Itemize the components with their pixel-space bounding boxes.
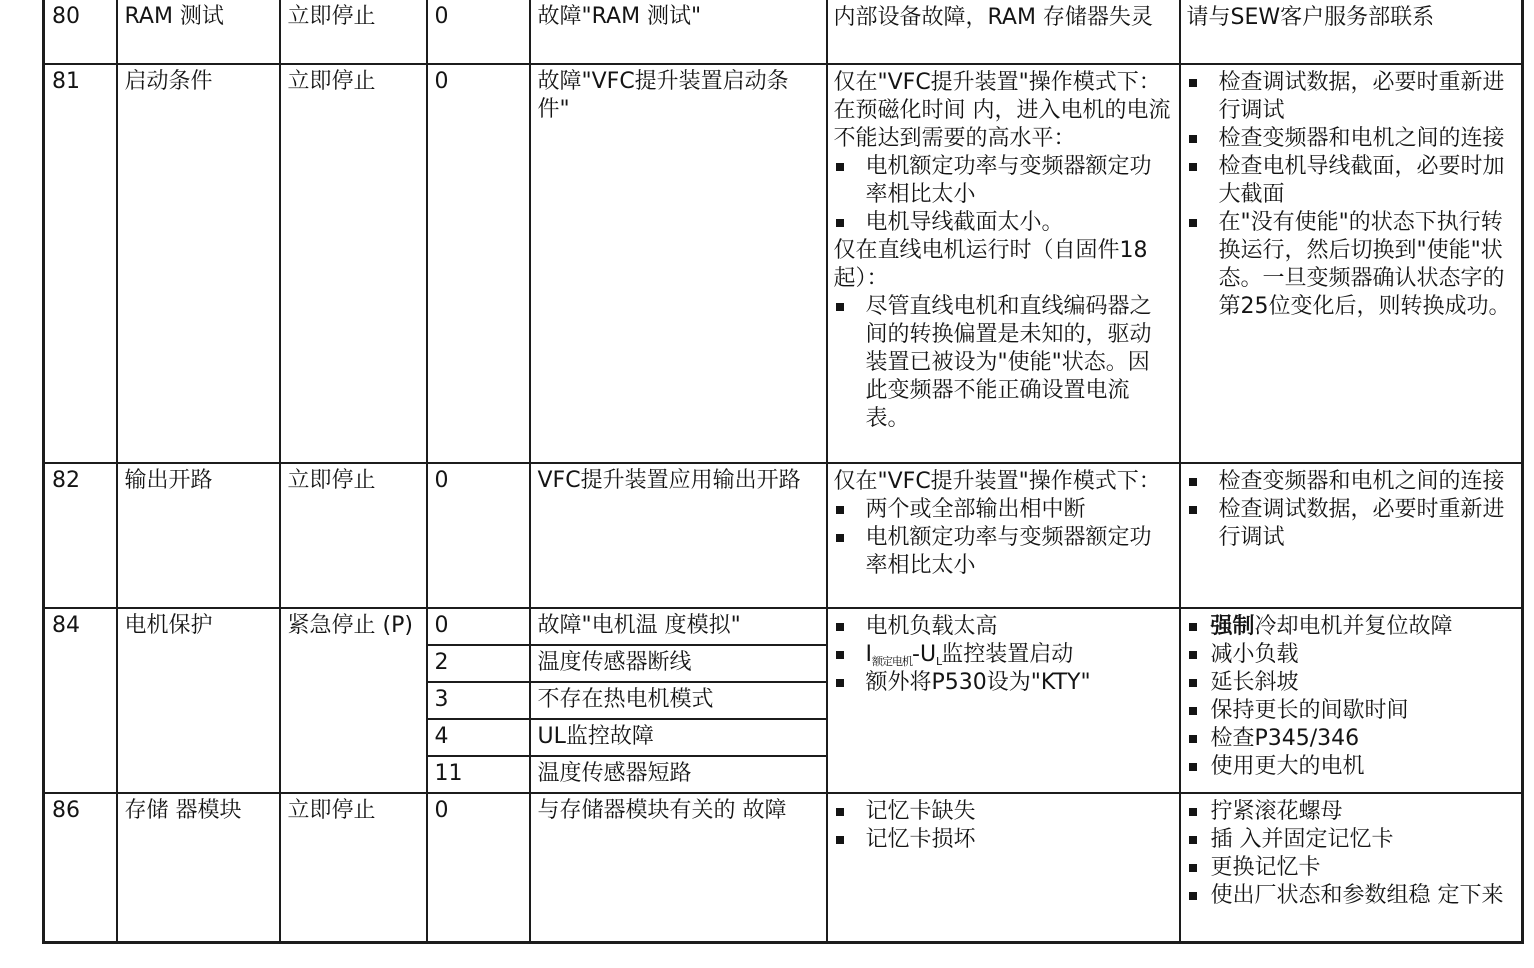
fault-name-cell: RAM 测试 — [117, 0, 280, 64]
cause-intro: 仅在"VFC提升装置"操作模式下： — [834, 69, 1171, 97]
remedy-bullet-item: 使出厂状态和参数组稳 定下来 — [1187, 882, 1514, 910]
cause-bullet-text: 电机额定功率与变频器额定功率相比太小 — [866, 153, 1171, 209]
cause-bullet-text: 记忆卡缺失 — [866, 798, 1171, 826]
cause-cell: 仅在"VFC提升装置"操作模式下： 两个或全部输出相中断 电机额定功率与变频器额… — [827, 463, 1180, 608]
response-cell: 紧急停止 (P) — [280, 608, 427, 793]
bullet-square-icon — [1189, 763, 1197, 771]
subcode-cell: 0 — [427, 793, 530, 942]
bullet-square-icon — [1189, 651, 1197, 659]
remedy-bullet-text: 检查调试数据，必要时重新进行调试 — [1219, 69, 1514, 125]
cause-bullet-item: 记忆卡缺失 — [834, 798, 1171, 826]
cause-bullet-item: 额外将P530设为"KTY" — [834, 669, 1171, 697]
fault-code-table: 80 RAM 测试 立即停止 0 故障"RAM 测试" 内部设备故障，RAM 存… — [42, 0, 1524, 944]
cause-paragraph: 在预磁化时间 内，进入电机的电流不能达到需要的高水平： — [834, 97, 1171, 153]
bullet-square-icon — [1189, 836, 1197, 844]
remedy-bullet-item: 检查变频器和电机之间的连接 — [1187, 125, 1514, 153]
remedy-bullet-text: 检查变频器和电机之间的连接 — [1219, 125, 1514, 153]
cause-bullet-item: 记忆卡损坏 — [834, 826, 1171, 854]
cause-bullet-rest: 监控装置启动 — [941, 642, 1073, 667]
fault-name-cell: 输出开路 — [117, 463, 280, 608]
fault-row-86: 86 存储 器模块 立即停止 0 与存储器模块有关的 故障 记忆卡缺失 记忆卡损… — [44, 793, 1523, 942]
remedy-bullet-text: 延长斜坡 — [1211, 669, 1514, 697]
remedy-bullet-item: 使用更大的电机 — [1187, 753, 1514, 781]
remedy-bullet-item: 检查调试数据，必要时重新进行调试 — [1187, 496, 1514, 552]
bullet-square-icon — [1189, 623, 1197, 631]
response-cell: 立即停止 — [280, 463, 427, 608]
remedy-cell: 检查调试数据，必要时重新进行调试 检查变频器和电机之间的连接 检查电机导线截面，… — [1180, 64, 1523, 463]
cause-bullet-item: 电机额定功率与变频器额定功率相比太小 — [834, 153, 1171, 209]
bullet-square-icon — [836, 219, 844, 227]
remedy-cell: 强制冷却电机并复位故障 减小负载 延长斜坡 保持更长的间歇时间 检查P345/3… — [1180, 608, 1523, 793]
bullet-square-icon — [1189, 808, 1197, 816]
bullet-square-icon — [1189, 735, 1197, 743]
cause-bullet-item: 电机额定功率与变频器额定功率相比太小 — [834, 524, 1171, 580]
remedy-bullet-text: 检查变频器和电机之间的连接 — [1219, 468, 1514, 496]
fault-id-cell: 82 — [44, 463, 117, 608]
remedy-bullet-item: 检查电机导线截面，必要时加大截面 — [1187, 153, 1514, 209]
bullet-square-icon — [1189, 892, 1197, 900]
remedy-bullet-text: 更换记忆卡 — [1211, 854, 1514, 882]
description-cell: VFC提升装置应用输出开路 — [530, 463, 827, 608]
subcode-cell: 0 — [427, 64, 530, 463]
bullet-square-icon — [1189, 478, 1197, 486]
fault-name-cell: 存储 器模块 — [117, 793, 280, 942]
remedy-bullet-text: 检查P345/346 — [1211, 725, 1514, 753]
description-cell: UL监控故障 — [530, 719, 827, 756]
fault-id-cell: 84 — [44, 608, 117, 793]
cause-intro: 仅在"VFC提升装置"操作模式下： — [834, 468, 1171, 496]
description-cell: 故障"RAM 测试" — [530, 0, 827, 64]
bullet-square-icon — [1189, 864, 1197, 872]
fault-name-cell: 启动条件 — [117, 64, 280, 463]
bullet-square-icon — [1189, 79, 1197, 87]
response-cell: 立即停止 — [280, 0, 427, 64]
description-cell: 温度传感器断线 — [530, 645, 827, 682]
cause-bullet-text: 电机负载太高 — [866, 613, 1171, 641]
remedy-bullet-item: 检查变频器和电机之间的连接 — [1187, 468, 1514, 496]
cause-bullet-text: 额外将P530设为"KTY" — [866, 669, 1171, 697]
cause-cell: 记忆卡缺失 记忆卡损坏 — [827, 793, 1180, 942]
cause-bullet-item: 尽管直线电机和直线编码器之间的转换偏置是未知的，驱动装置已被设为"使能"状态。因… — [834, 293, 1171, 433]
bullet-square-icon — [1189, 219, 1197, 227]
fault-name-cell: 电机保护 — [117, 608, 280, 793]
remedy-bullet-item: 保持更长的间歇时间 — [1187, 697, 1514, 725]
bullet-square-icon — [836, 808, 844, 816]
bullet-square-icon — [836, 679, 844, 687]
description-cell: 故障"电机温 度模拟" — [530, 608, 827, 645]
remedy-bullet-text: 减小负载 — [1211, 641, 1514, 669]
cause-cell: 电机负载太高 I额定电机-UL监控装置启动 额外将P530设为"KTY" — [827, 608, 1180, 793]
remedy-bullet-text: 保持更长的间歇时间 — [1211, 697, 1514, 725]
bullet-square-icon — [1189, 679, 1197, 687]
remedy-bullet-item: 更换记忆卡 — [1187, 854, 1514, 882]
bullet-square-icon — [1189, 163, 1197, 171]
remedy-bullet-text: 拧紧滚花螺母 — [1211, 798, 1514, 826]
bullet-square-icon — [836, 836, 844, 844]
bullet-square-icon — [836, 506, 844, 514]
fault-id-cell: 86 — [44, 793, 117, 942]
cause-bullet-text: 电机额定功率与变频器额定功率相比太小 — [866, 524, 1171, 580]
cause-cell: 仅在"VFC提升装置"操作模式下： 在预磁化时间 内，进入电机的电流不能达到需要… — [827, 64, 1180, 463]
fault-row-82: 82 输出开路 立即停止 0 VFC提升装置应用输出开路 仅在"VFC提升装置"… — [44, 463, 1523, 608]
remedy-bullet-item: 延长斜坡 — [1187, 669, 1514, 697]
bullet-square-icon — [836, 651, 844, 659]
subcode-cell: 0 — [427, 463, 530, 608]
remedy-bullet-item: 强制冷却电机并复位故障 — [1187, 613, 1514, 641]
subcode-cell: 3 — [427, 682, 530, 719]
response-cell: 立即停止 — [280, 64, 427, 463]
cause-bullet-item: 电机导线截面太小。 — [834, 209, 1171, 237]
fault-id-cell: 81 — [44, 64, 117, 463]
page-bottom-margin — [0, 950, 1534, 968]
cause-bullet-item: 两个或全部输出相中断 — [834, 496, 1171, 524]
remedy-bold-text: 强制 — [1211, 614, 1255, 639]
remedy-bullet-text: 插 入并固定记忆卡 — [1211, 826, 1514, 854]
cause-bullet-item: I额定电机-UL监控装置启动 — [834, 641, 1171, 669]
bullet-square-icon — [836, 623, 844, 631]
cause-bullet-text: I额定电机-UL监控装置启动 — [866, 641, 1171, 669]
remedy-bullet-item: 在"没有使能"的状态下执行转换运行，然后切换到"使能"状态。一旦变频器确认状态字… — [1187, 209, 1514, 321]
cause-bullet-text: 记忆卡损坏 — [866, 826, 1171, 854]
symbol-subscript: 额定电机 — [872, 655, 912, 668]
description-cell: 与存储器模块有关的 故障 — [530, 793, 827, 942]
remedy-bullet-item: 检查调试数据，必要时重新进行调试 — [1187, 69, 1514, 125]
remedy-bullet-item: 插 入并固定记忆卡 — [1187, 826, 1514, 854]
remedy-bullet-item: 减小负载 — [1187, 641, 1514, 669]
cause-cell: 内部设备故障，RAM 存储器失灵 — [827, 0, 1180, 64]
subcode-cell: 11 — [427, 756, 530, 793]
remedy-bullet-text: 检查电机导线截面，必要时加大截面 — [1219, 153, 1514, 209]
bullet-square-icon — [836, 534, 844, 542]
remedy-bullet-item: 拧紧滚花螺母 — [1187, 798, 1514, 826]
remedy-cell: 检查变频器和电机之间的连接 检查调试数据，必要时重新进行调试 — [1180, 463, 1523, 608]
bullet-square-icon — [1189, 707, 1197, 715]
description-cell: 故障"VFC提升装置启动条件" — [530, 64, 827, 463]
remedy-bullet-text: 检查调试数据，必要时重新进行调试 — [1219, 496, 1514, 552]
response-cell: 立即停止 — [280, 793, 427, 942]
cause-paragraph: 仅在直线电机运行时（自固件18起）： — [834, 237, 1171, 293]
description-cell: 温度传感器短路 — [530, 756, 827, 793]
cause-bullet-item: 电机负载太高 — [834, 613, 1171, 641]
subcode-cell: 2 — [427, 645, 530, 682]
fault-code-table-page: 80 RAM 测试 立即停止 0 故障"RAM 测试" 内部设备故障，RAM 存… — [42, 0, 1524, 944]
fault-row-84: 84 电机保护 紧急停止 (P) 0 故障"电机温 度模拟" 电机负载太高 I额… — [44, 608, 1523, 645]
remedy-cell: 拧紧滚花螺母 插 入并固定记忆卡 更换记忆卡 使出厂状态和参数组稳 定下来 — [1180, 793, 1523, 942]
bullet-square-icon — [1189, 506, 1197, 514]
symbol-base: -U — [912, 642, 936, 667]
cause-bullet-text: 两个或全部输出相中断 — [866, 496, 1171, 524]
bullet-square-icon — [836, 303, 844, 311]
subcode-cell: 4 — [427, 719, 530, 756]
description-cell: 不存在热电机模式 — [530, 682, 827, 719]
subcode-cell: 0 — [427, 608, 530, 645]
remedy-rest-text: 冷却电机并复位故障 — [1255, 614, 1453, 639]
remedy-bullet-item: 检查P345/346 — [1187, 725, 1514, 753]
remedy-bullet-text: 使出厂状态和参数组稳 定下来 — [1211, 882, 1514, 910]
remedy-cell: 请与SEW客户服务部联系 — [1180, 0, 1523, 64]
bullet-square-icon — [1189, 135, 1197, 143]
fault-row-81: 81 启动条件 立即停止 0 故障"VFC提升装置启动条件" 仅在"VFC提升装… — [44, 64, 1523, 463]
remedy-bullet-text: 在"没有使能"的状态下执行转换运行，然后切换到"使能"状态。一旦变频器确认状态字… — [1219, 209, 1514, 321]
cause-bullet-text: 电机导线截面太小。 — [866, 209, 1171, 237]
fault-row-80: 80 RAM 测试 立即停止 0 故障"RAM 测试" 内部设备故障，RAM 存… — [44, 0, 1523, 64]
remedy-bullet-text: 强制冷却电机并复位故障 — [1211, 613, 1514, 641]
bullet-square-icon — [836, 163, 844, 171]
subcode-cell: 0 — [427, 0, 530, 64]
remedy-bullet-text: 使用更大的电机 — [1211, 753, 1514, 781]
cause-bullet-text: 尽管直线电机和直线编码器之间的转换偏置是未知的，驱动装置已被设为"使能"状态。因… — [866, 293, 1171, 433]
fault-id-cell: 80 — [44, 0, 117, 64]
